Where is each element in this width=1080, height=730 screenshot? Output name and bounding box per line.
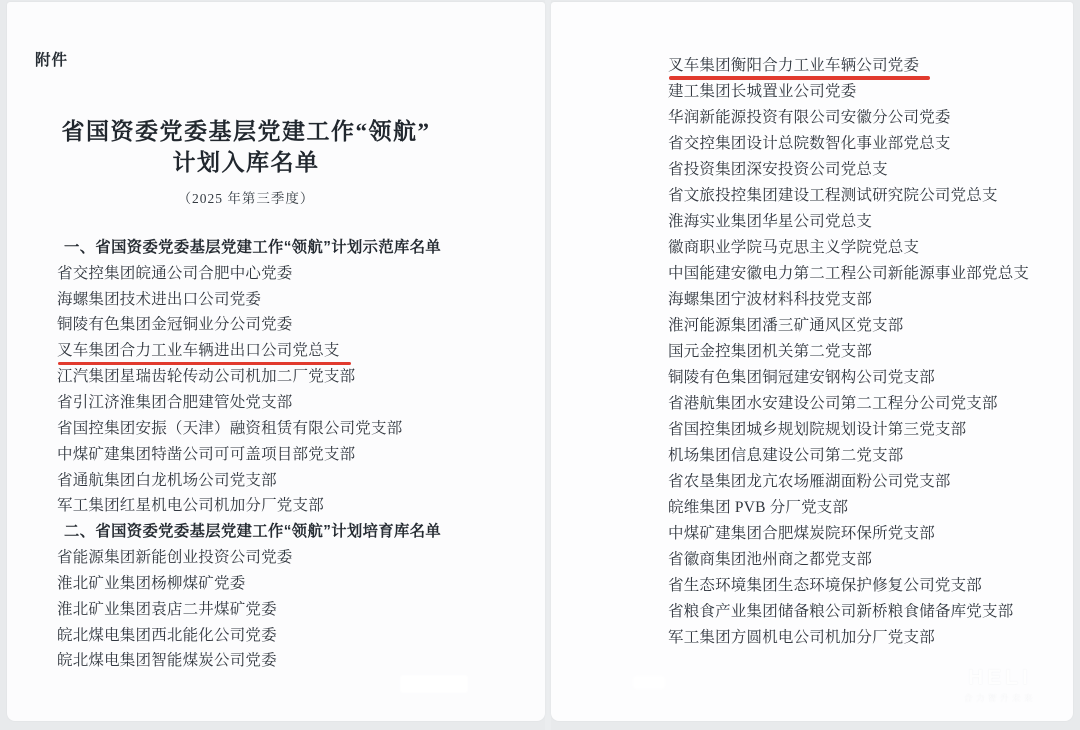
item-text: 省引江济淮集团合肥建管处党支部 [57, 390, 293, 412]
section-heading: 一、省国资委党委基层党建工作“领航”计划示范库名单 [7, 233, 545, 259]
list-item: 省国控集团安振（天津）融资租赁有限公司党支部 [7, 414, 545, 440]
list-item: 省港航集团水安建设公司第二工程分公司党支部 [551, 389, 1073, 415]
item-text: 国元金控集团机关第二党支部 [668, 339, 872, 361]
list-item: 军工集团红星机电公司机加分厂党支部 [7, 491, 545, 517]
list-item: 华润新能源投资有限公司安徽分公司党委 [551, 103, 1073, 129]
item-text: 一、省国资委党委基层党建工作“领航”计划示范库名单 [64, 235, 441, 257]
item-text: 皖北煤电集团西北能化公司党委 [57, 623, 277, 645]
item-text: 铜陵有色集团铜冠建安钢构公司党支部 [668, 365, 935, 387]
item-text: 海螺集团技术进出口公司党委 [57, 287, 261, 309]
list-item: 机场集团信息建设公司第二党支部 [551, 441, 1073, 467]
item-text: 省徽商集团池州商之都党支部 [668, 547, 872, 569]
heli-logo-text: HELI [935, 666, 1065, 690]
document-title: 省国资委党委基层党建工作“领航” 计划入库名单 （2025 年第三季度） [7, 116, 485, 207]
document-page-right: 叉车集团衡阳合力工业车辆公司党委建工集团长城置业公司党委华润新能源投资有限公司安… [551, 2, 1073, 721]
list-item: 省生态环境集团生态环境保护修复公司党支部 [551, 571, 1073, 597]
list-item: 省粮食产业集团储备粮公司新桥粮食储备库党支部 [551, 597, 1073, 623]
list-item: 淮北矿业集团杨柳煤矿党委 [7, 569, 545, 595]
item-text: 徽商职业学院马克思主义学院党总支 [668, 235, 919, 257]
list-item: 皖北煤电集团智能煤炭公司党委 [7, 647, 545, 673]
right-page-list: 叉车集团衡阳合力工业车辆公司党委建工集团长城置业公司党委华润新能源投资有限公司安… [551, 51, 1073, 649]
list-item: 建工集团长城置业公司党委 [551, 77, 1073, 103]
list-item: 省引江济淮集团合肥建管处党支部 [7, 388, 545, 414]
list-item: 淮河能源集团潘三矿通风区党支部 [551, 311, 1073, 337]
left-page-list: 一、省国资委党委基层党建工作“领航”计划示范库名单省交控集团皖通公司合肥中心党委… [7, 233, 545, 672]
title-line-2: 计划入库名单 [7, 147, 485, 178]
list-item: 中国能建安徽电力第二工程公司新能源事业部党总支 [551, 259, 1073, 285]
item-text: 省港航集团水安建设公司第二工程分公司党支部 [668, 391, 998, 413]
item-text: 军工集团方圆机电公司机加分厂党支部 [668, 625, 935, 647]
red-underlined-item-text: 叉车集团衡阳合力工业车辆公司党委 [668, 53, 919, 75]
document-page-left: 附件 省国资委党委基层党建工作“领航” 计划入库名单 （2025 年第三季度） … [7, 2, 545, 721]
list-item: 淮海实业集团华星公司党总支 [551, 207, 1073, 233]
list-item: 军工集团方圆机电公司机加分厂党支部 [551, 623, 1073, 649]
list-item: 铜陵有色集团金冠铜业分公司党委 [7, 311, 545, 337]
list-item: 铜陵有色集团铜冠建安钢构公司党支部 [551, 363, 1073, 389]
item-text: 淮海实业集团华星公司党总支 [668, 209, 872, 231]
list-item: 中煤矿建集团合肥煤炭院环保所党支部 [551, 519, 1073, 545]
item-text: 中国能建安徽电力第二工程公司新能源事业部党总支 [668, 261, 1029, 283]
attachment-label: 附件 [35, 48, 68, 70]
list-item: 叉车集团合力工业车辆进出口公司党总支 [7, 336, 545, 362]
list-item: 淮北矿业集团袁店二井煤矿党委 [7, 595, 545, 621]
title-subtitle-quarter: （2025 年第三季度） [7, 187, 485, 207]
item-text: 省粮食产业集团储备粮公司新桥粮食储备库党支部 [668, 599, 1013, 621]
item-text: 建工集团长城置业公司党委 [668, 79, 856, 101]
item-text: 中煤矿建集团特凿公司可可盖项目部党支部 [57, 442, 355, 464]
item-text: 省能源集团新能创业投资公司党委 [57, 545, 293, 567]
red-underlined-item-text: 叉车集团合力工业车辆进出口公司党总支 [57, 338, 340, 360]
list-item: 省国控集团城乡规划院规划设计第三党支部 [551, 415, 1073, 441]
heli-slogan-text: 合力智升未来 [935, 692, 1065, 704]
list-item: 省投资集团深安投资公司党总支 [551, 155, 1073, 181]
item-text: 皖北煤电集团智能煤炭公司党委 [57, 648, 277, 670]
list-item: 叉车集团衡阳合力工业车辆公司党委 [551, 51, 1073, 77]
item-text: 淮北矿业集团袁店二井煤矿党委 [57, 597, 277, 619]
item-text: 省国控集团安振（天津）融资租赁有限公司党支部 [57, 416, 402, 438]
item-text: 机场集团信息建设公司第二党支部 [668, 443, 904, 465]
title-line-1: 省国资委党委基层党建工作“领航” [7, 116, 485, 147]
item-text: 省国控集团城乡规划院规划设计第三党支部 [668, 417, 966, 439]
item-text: 省交控集团设计总院数智化事业部党总支 [668, 131, 951, 153]
list-item: 省农垦集团龙亢农场雁湖面粉公司党支部 [551, 467, 1073, 493]
item-text: 海螺集团宁波材料科技党支部 [668, 287, 872, 309]
item-text: 省生态环境集团生态环境保护修复公司党支部 [668, 573, 982, 595]
item-text: 省农垦集团龙亢农场雁湖面粉公司党支部 [668, 469, 951, 491]
item-text: 省交控集团皖通公司合肥中心党委 [57, 261, 293, 283]
heli-watermark: HELI 合力智升未来 [935, 666, 1065, 704]
item-text: 华润新能源投资有限公司安徽分公司党委 [668, 105, 951, 127]
document-viewer: 附件 省国资委党委基层党建工作“领航” 计划入库名单 （2025 年第三季度） … [0, 0, 1080, 730]
item-text: 江汽集团星瑞齿轮传动公司机加二厂党支部 [57, 364, 355, 386]
list-item: 江汽集团星瑞齿轮传动公司机加二厂党支部 [7, 362, 545, 388]
list-item: 中煤矿建集团特凿公司可可盖项目部党支部 [7, 440, 545, 466]
list-item: 皖维集团 PVB 分厂党支部 [551, 493, 1073, 519]
item-text: 铜陵有色集团金冠铜业分公司党委 [57, 312, 293, 334]
item-text: 二、省国资委党委基层党建工作“领航”计划培育库名单 [64, 519, 441, 541]
list-item: 省交控集团设计总院数智化事业部党总支 [551, 129, 1073, 155]
item-text: 省投资集团深安投资公司党总支 [668, 157, 888, 179]
list-item: 皖北煤电集团西北能化公司党委 [7, 621, 545, 647]
item-text: 军工集团红星机电公司机加分厂党支部 [57, 493, 324, 515]
item-text: 省文旅投控集团建设工程测试研究院公司党总支 [668, 183, 998, 205]
item-text: 皖维集团 PVB 分厂党支部 [668, 495, 848, 517]
list-item: 省徽商集团池州商之都党支部 [551, 545, 1073, 571]
erased-smudge [633, 676, 665, 689]
list-item: 国元金控集团机关第二党支部 [551, 337, 1073, 363]
list-item: 省交控集团皖通公司合肥中心党委 [7, 259, 545, 285]
list-item: 徽商职业学院马克思主义学院党总支 [551, 233, 1073, 259]
list-item: 海螺集团宁波材料科技党支部 [551, 285, 1073, 311]
list-item: 省文旅投控集团建设工程测试研究院公司党总支 [551, 181, 1073, 207]
item-text: 淮河能源集团潘三矿通风区党支部 [668, 313, 904, 335]
item-text: 省通航集团白龙机场公司党支部 [57, 468, 277, 490]
section-heading: 二、省国资委党委基层党建工作“领航”计划培育库名单 [7, 517, 545, 543]
item-text: 淮北矿业集团杨柳煤矿党委 [57, 571, 245, 593]
item-text: 中煤矿建集团合肥煤炭院环保所党支部 [668, 521, 935, 543]
list-item: 省能源集团新能创业投资公司党委 [7, 543, 545, 569]
erased-smudge [400, 675, 468, 693]
list-item: 海螺集团技术进出口公司党委 [7, 285, 545, 311]
list-item: 省通航集团白龙机场公司党支部 [7, 466, 545, 492]
